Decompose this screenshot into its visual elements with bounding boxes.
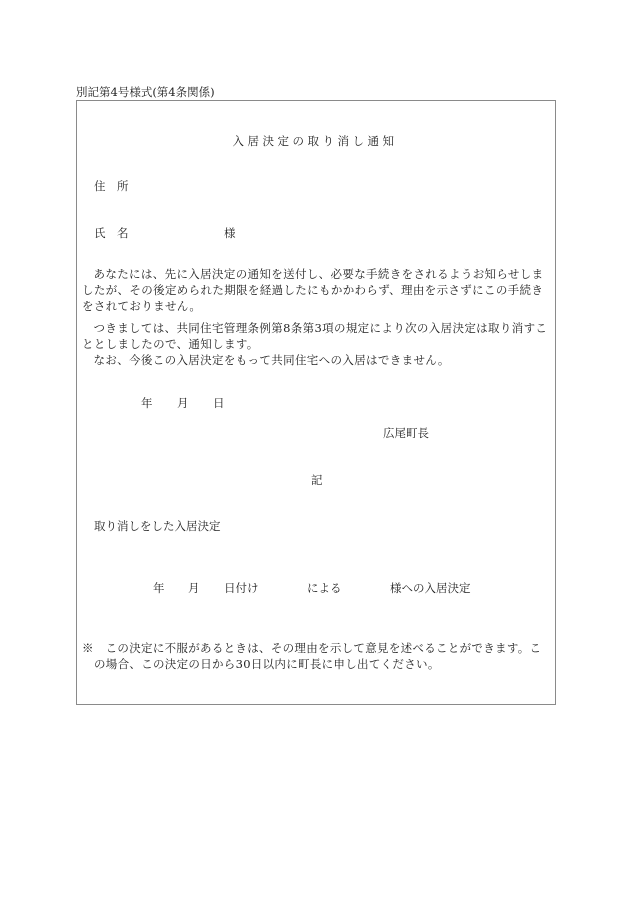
note-line: ※ この決定に不服があるときは、その理由を示して意見を述べることができます。こ: [82, 640, 554, 656]
paragraph-line: ととしましたので、通知します。: [82, 336, 552, 352]
date-month: 月: [177, 395, 189, 411]
name-label: 氏 名: [94, 225, 129, 241]
form-label: 別記第4号様式(第4条関係): [76, 84, 215, 100]
document-title: 入居決定の取り消し通知: [0, 133, 630, 149]
paragraph-cancellation: つきましては、共同住宅管理条例第8条第3項の規定により次の入居決定は取り消すこ …: [82, 320, 552, 368]
paragraph-notice: あなたには、先に入居決定の通知を送付し、必要な手続きをされるようお知らせしま し…: [82, 266, 552, 314]
date-year: 年: [141, 395, 153, 411]
note-line: の場合、この決定の日から30日以内に町長に申し出てください。: [82, 656, 554, 672]
reference-mark: ※: [82, 641, 94, 655]
decision-by: による: [307, 580, 342, 596]
decision-year: 年: [153, 580, 165, 596]
ki-heading: 記: [311, 472, 323, 488]
decision-day-dated: 日付け: [224, 580, 259, 596]
decision-month: 月: [188, 580, 200, 596]
paragraph-line: なお、今後この入居決定をもって共同住宅への入居はできません。: [82, 352, 552, 368]
paragraph-line: あなたには、先に入居決定の通知を送付し、必要な手続きをされるようお知らせしま: [82, 266, 552, 282]
paragraph-line: したが、その後定められた期限を経過したにもかかわらず、理由を示さずにこの手続き: [82, 282, 552, 298]
note-text: この決定に不服があるときは、その理由を示して意見を述べることができます。こ: [106, 641, 542, 655]
cancelled-decision-label: 取り消しをした入居決定: [94, 518, 221, 534]
paragraph-line: つきましては、共同住宅管理条例第8条第3項の規定により次の入居決定は取り消すこ: [82, 320, 552, 336]
address-label: 住 所: [94, 178, 129, 194]
decision-to: 様への入居決定: [390, 580, 471, 596]
honorific: 様: [224, 225, 236, 241]
paragraph-line: をされておりません。: [82, 298, 552, 314]
date-day: 日: [213, 395, 225, 411]
issuer: 広尾町長: [383, 425, 429, 441]
appeal-note: ※ この決定に不服があるときは、その理由を示して意見を述べることができます。こ …: [82, 640, 554, 672]
